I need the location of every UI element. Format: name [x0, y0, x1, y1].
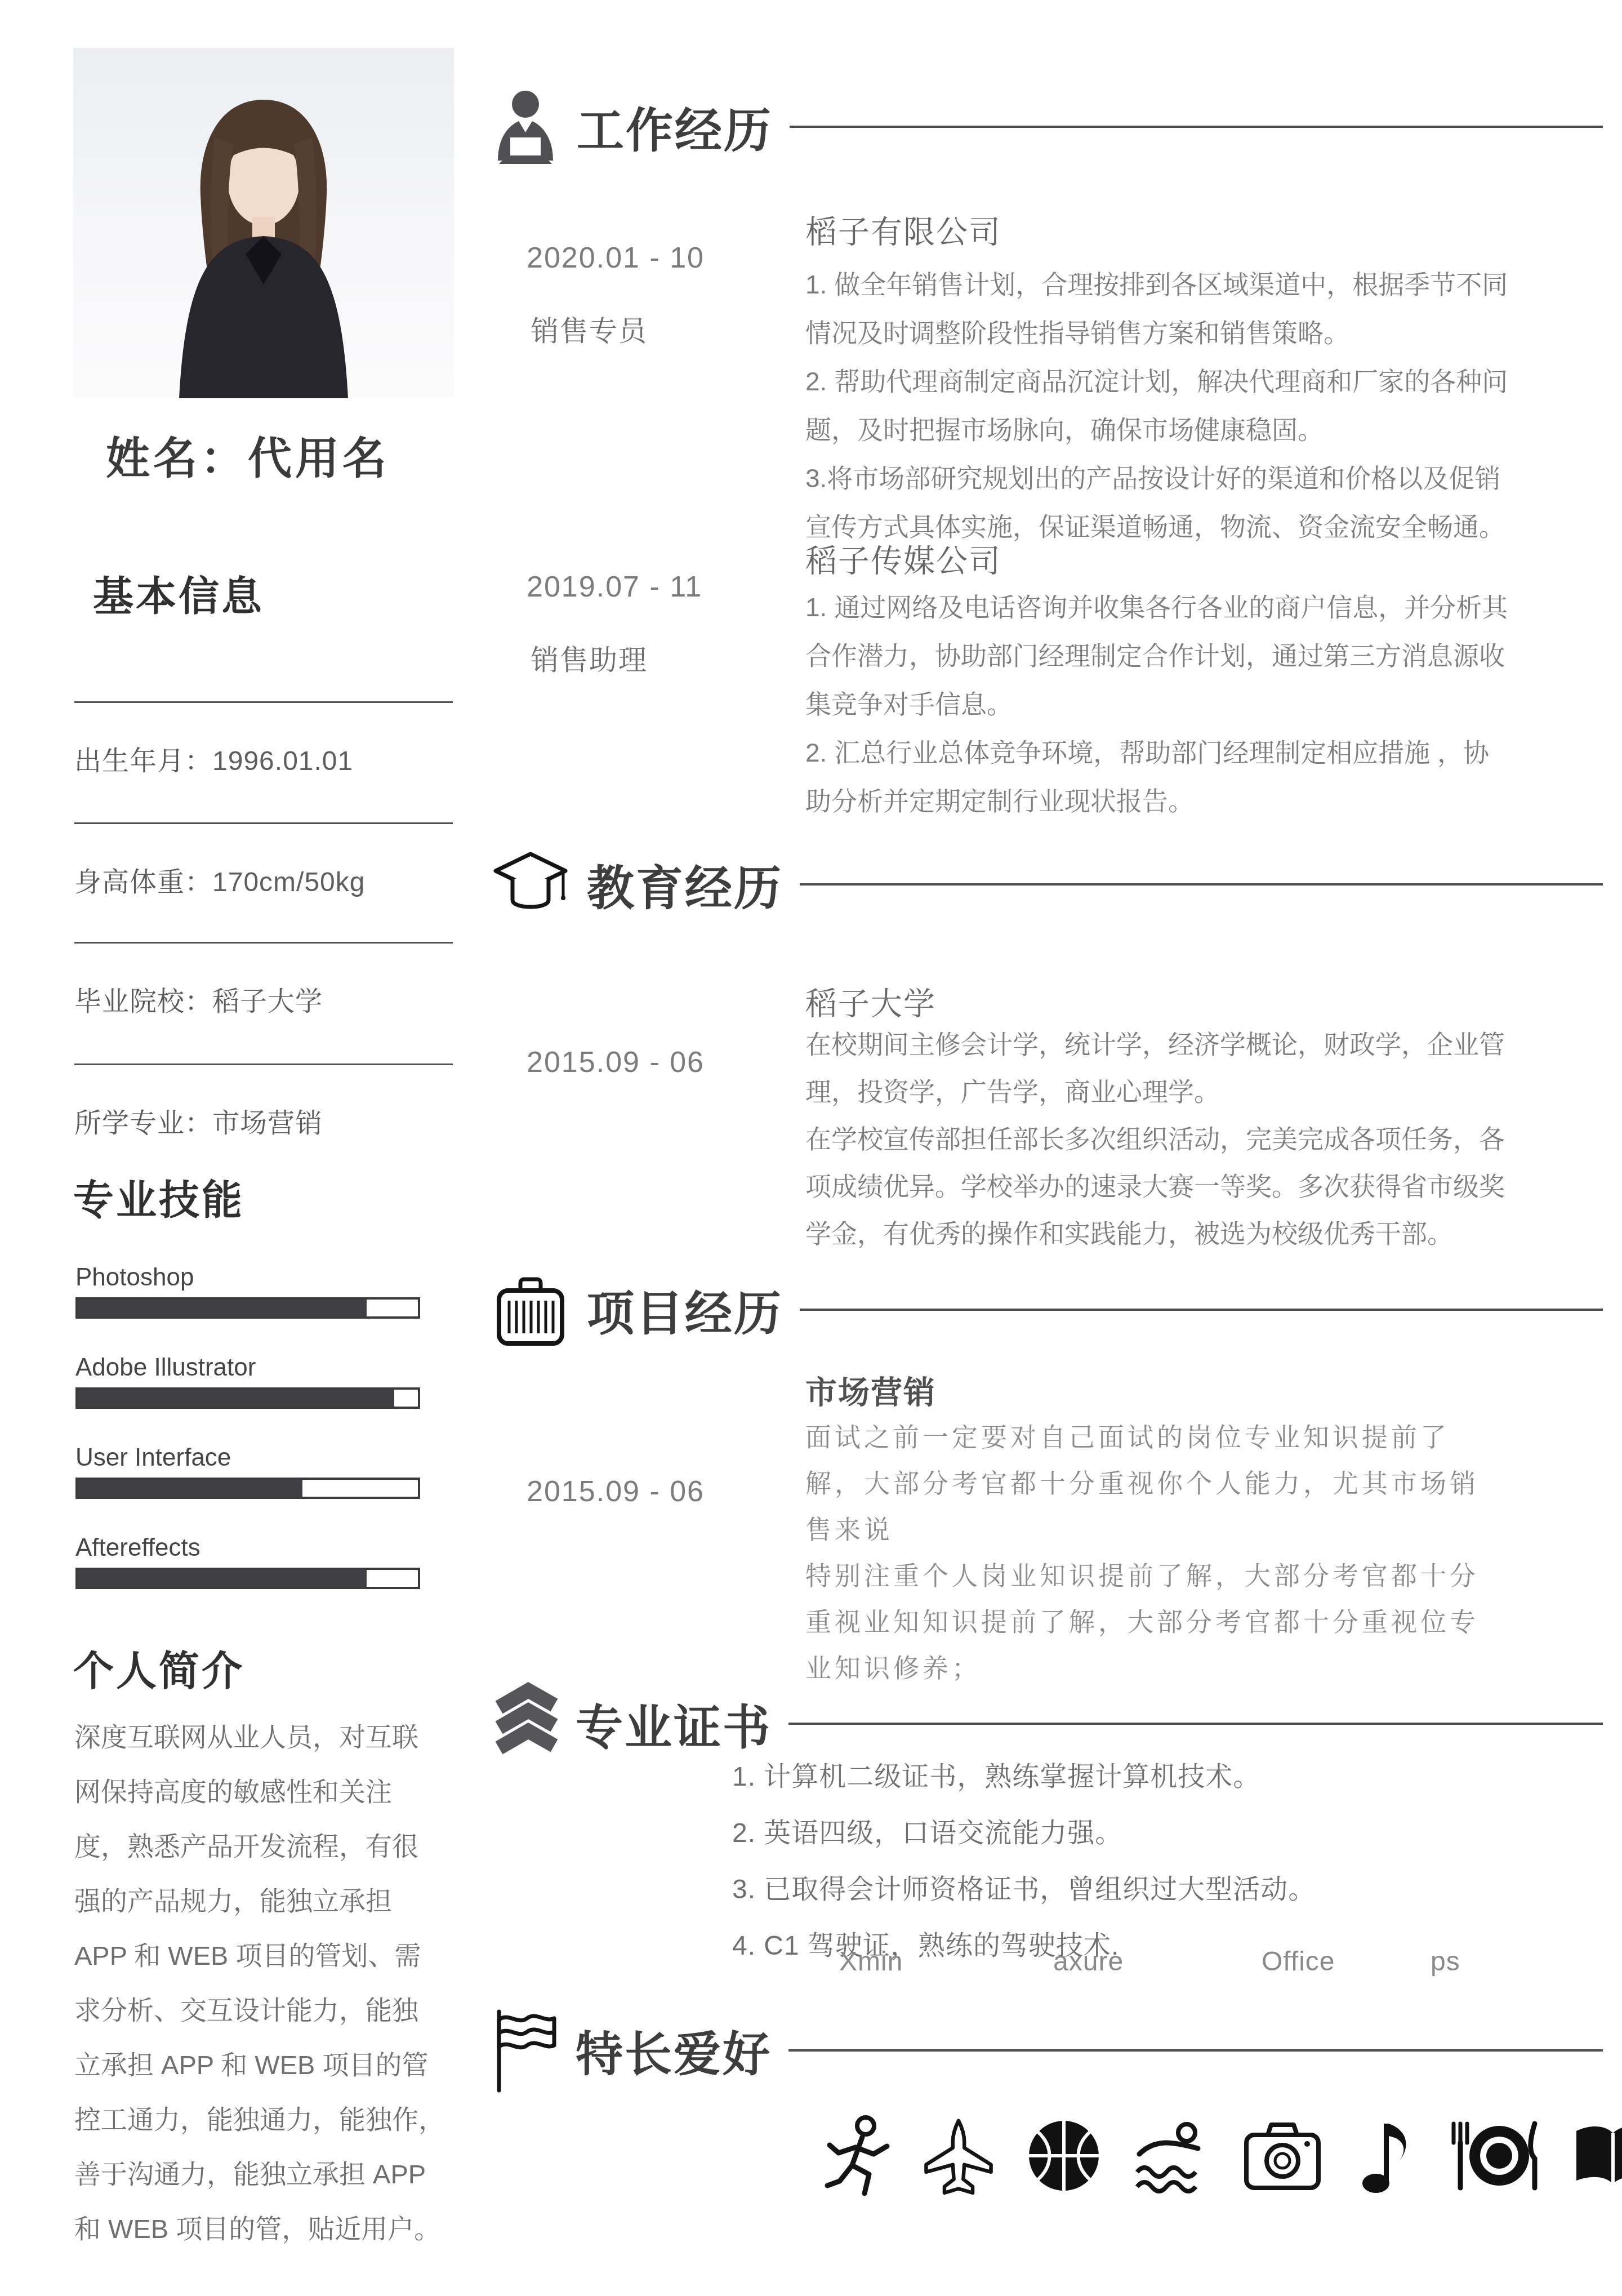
info-label: 毕业院校： — [74, 987, 212, 1017]
project-description: 面试之前一定要对自己面试的岗位专业知识提前了 解，大部分考官都十分重视你个人能力… — [805, 1414, 1616, 1691]
info-divider — [74, 701, 453, 703]
profile-line: 网保持高度的敏感性和关注 — [74, 1764, 480, 1819]
education-line: 学金，有优秀的操作和实践能力，被选为校级优秀干部。 — [805, 1210, 1616, 1257]
project-line: 售来说 — [805, 1506, 1616, 1552]
section-rule — [800, 883, 1603, 886]
skill-bar-fill — [78, 1390, 394, 1407]
work-date: 2020.01 - 10 — [527, 241, 705, 275]
education-line: 项成绩优异。学校举办的速录大赛一等奖。多次获得省市级奖 — [805, 1163, 1616, 1210]
section-rule — [800, 1309, 1603, 1311]
info-row-height-weight: 身高体重：170cm/50kg — [74, 860, 366, 899]
camera-icon — [1241, 2113, 1325, 2198]
candidate-name: 姓名：代用名 — [106, 424, 390, 487]
work-description: 1. 做全年销售计划，合理按排到各区域渠道中，根据季节不同 情况及时调整阶段性指… — [805, 260, 1616, 551]
certificate-item: 3. 已取得会计师资格证书，曾组织过大型活动。 — [732, 1862, 1316, 1918]
work-line: 题，及时把握市场脉向，确保市场健康稳固。 — [805, 406, 1616, 454]
work-line: 2. 帮助代理商制定商品沉淀计划，解决代理商和厂家的各种问 — [805, 357, 1616, 406]
music-note-icon — [1354, 2113, 1416, 2198]
basketball-icon — [1024, 2113, 1103, 2198]
skill-bar-photoshop — [75, 1297, 420, 1319]
section-title: 专业证书 — [576, 1690, 772, 1758]
profile-line: 善于沟通力，能独立承担 APP — [74, 2147, 480, 2201]
profile-line: 立承担 APP 和 WEB 项目的管 — [74, 2037, 480, 2092]
skill-name: Photoshop — [75, 1263, 194, 1292]
work-role: 销售专员 — [531, 309, 648, 349]
work-line: 集竞争对手信息。 — [805, 680, 1616, 728]
work-company: 槄子有限公司 — [805, 207, 1001, 252]
skill-bar-fill — [78, 1300, 367, 1316]
profile-line: 和 WEB 项目的管，贴近用户。 — [74, 2201, 480, 2256]
info-value: 市场营销 — [212, 1109, 323, 1138]
certificate-item: 1. 计算机二级证书，熟练掌握计算机技术。 — [732, 1749, 1316, 1805]
work-company: 稻子传媒公司 — [805, 536, 1001, 581]
info-divider — [74, 822, 453, 824]
work-line: 助分析并定期定制行业现状报告。 — [805, 777, 1616, 825]
work-line: 3.将市场部研究规划出的产品按设计好的渠道和价格以及促销 — [805, 454, 1616, 502]
skill-bar-illustrator — [75, 1387, 420, 1409]
section-header-work: 工作经历 — [491, 84, 1603, 169]
work-line: 1. 做全年销售计划，合理按排到各区域渠道中，根据季节不同 — [805, 260, 1616, 309]
graduation-cap-icon — [491, 846, 570, 923]
certificate-list: 1. 计算机二级证书，熟练掌握计算机技术。 2. 英语四级，口语交流能力强。 3… — [732, 1749, 1316, 1974]
skill-bar-aftereffects — [75, 1568, 420, 1589]
swimming-icon — [1133, 2113, 1211, 2198]
info-value: 1996.01.01 — [212, 746, 353, 776]
profile-line: 深度互联网从业人员，对互联 — [74, 1710, 480, 1764]
info-label: 出生年月： — [74, 746, 212, 776]
certificate-item: 2. 英语四级，口语交流能力强。 — [732, 1805, 1316, 1862]
info-label: 身高体重： — [74, 867, 212, 897]
info-row-birth: 出生年月：1996.01.01 — [74, 739, 353, 778]
info-divider — [74, 942, 453, 944]
info-row-major: 所学专业：市场营销 — [74, 1101, 323, 1140]
info-value: 稻子大学 — [212, 987, 323, 1017]
project-line: 解，大部分考官都十分重视你个人能力，尤其市场销 — [805, 1460, 1616, 1506]
info-value: 170cm/50kg — [212, 867, 366, 897]
skill-bar-fill — [78, 1480, 302, 1497]
work-date: 2019.07 - 11 — [527, 570, 702, 604]
project-line: 重视业知知识提前了解，大部分考官都十分重视位专 — [805, 1599, 1616, 1645]
tool-label: axure — [1053, 1946, 1124, 1977]
tool-label: Office — [1262, 1946, 1335, 1977]
education-line: 在学校宣传部担任部长多次组织活动，完美完成各项任务，各 — [805, 1115, 1616, 1163]
education-line: 在校期间主修会计学，统计学，经济学概论，财政学，企业管 — [805, 1021, 1616, 1068]
stacked-certificates-icon — [491, 1681, 559, 1766]
section-header-hobbies: 特长爱好 — [491, 2008, 1603, 2093]
skill-name: Aftereffects — [75, 1534, 200, 1562]
education-line: 理，投资学，广告学，商业心理学。 — [805, 1068, 1616, 1115]
basic-info-title: 基本信息 — [93, 563, 264, 622]
section-rule — [788, 2049, 1603, 2052]
skill-name: User Interface — [75, 1444, 231, 1472]
project-line: 特别注重个人岗业知识提前了解，大部分考官都十分 — [805, 1552, 1616, 1599]
dining-icon — [1446, 2113, 1541, 2198]
section-header-education: 教育经历 — [491, 842, 1603, 927]
person-workspace-icon — [491, 88, 560, 165]
profile-line: 控工通力，能独通力，能独作， — [74, 2092, 480, 2147]
running-icon — [819, 2113, 893, 2198]
section-header-project: 项目经历 — [491, 1267, 1603, 1352]
profile-line: APP 和 WEB 项目的管划、需 — [74, 1928, 480, 1983]
profile-line: 强的产品规力，能独立承担 — [74, 1874, 480, 1928]
section-title: 工作经历 — [577, 93, 773, 161]
work-role: 销售助理 — [531, 638, 648, 678]
profile-photo — [73, 48, 454, 398]
resume-page: { "name_row": { "label": "姓名：代用名" }, "ba… — [0, 0, 1622, 2296]
work-line: 1. 通过网络及电话咨询并收集各行各业的商户信息，并分析其 — [805, 583, 1616, 631]
section-title: 特长爱好 — [576, 2017, 772, 2085]
info-row-school: 毕业院校：稻子大学 — [74, 980, 323, 1018]
portrait-illustration — [73, 48, 454, 398]
section-title: 教育经历 — [587, 851, 783, 919]
education-school: 稻子大学 — [805, 979, 936, 1024]
profile-line: 度，熟悉产品开发流程，有很 — [74, 1819, 480, 1874]
project-name: 市场营销 — [805, 1368, 936, 1413]
briefcase-icon — [491, 1270, 570, 1349]
skill-bar-user-interface — [75, 1478, 420, 1499]
certificate-item: 4. C1 驾驶证，熟练的驾驶技术. — [732, 1918, 1316, 1974]
tool-label: Xmin — [839, 1946, 903, 1977]
skill-bar-fill — [78, 1570, 367, 1587]
education-date: 2015.09 - 06 — [527, 1045, 705, 1079]
profile-line: 求分析、交互设计能力，能独 — [74, 1983, 480, 2037]
skill-name: Adobe Illustrator — [75, 1354, 256, 1382]
education-description: 在校期间主修会计学，统计学，经济学概论，财政学，企业管 理，投资学，广告学，商业… — [805, 1021, 1616, 1257]
project-line: 面试之前一定要对自己面试的岗位专业知识提前了 — [805, 1414, 1616, 1460]
profile-title: 个人简介 — [73, 1638, 244, 1697]
skills-title: 专业技能 — [73, 1167, 244, 1226]
work-line: 情况及时调整阶段性指导销售方案和销售策略。 — [805, 309, 1616, 357]
section-title: 项目经历 — [587, 1276, 783, 1344]
open-book-icon — [1571, 2113, 1622, 2198]
info-divider — [74, 1064, 453, 1065]
section-rule — [790, 126, 1603, 128]
tool-label: ps — [1431, 1946, 1460, 1977]
work-line: 2. 汇总行业总体竞争环境，帮助部门经理制定相应措施 ，协 — [805, 728, 1616, 777]
airplane-icon — [922, 2113, 995, 2198]
work-line: 合作潜力，协助部门经理制定合作计划，通过第三方消息源收 — [805, 631, 1616, 680]
flag-icon — [491, 2008, 559, 2093]
project-date: 2015.09 - 06 — [527, 1475, 705, 1509]
hobby-icons-row — [819, 2113, 1622, 2198]
section-rule — [788, 1723, 1603, 1725]
profile-text: 深度互联网从业人员，对互联 网保持高度的敏感性和关注 度，熟悉产品开发流程，有很… — [74, 1710, 480, 2256]
info-label: 所学专业： — [74, 1109, 212, 1138]
work-description: 1. 通过网络及电话咨询并收集各行各业的商户信息，并分析其 合作潜力，协助部门经… — [805, 583, 1616, 825]
